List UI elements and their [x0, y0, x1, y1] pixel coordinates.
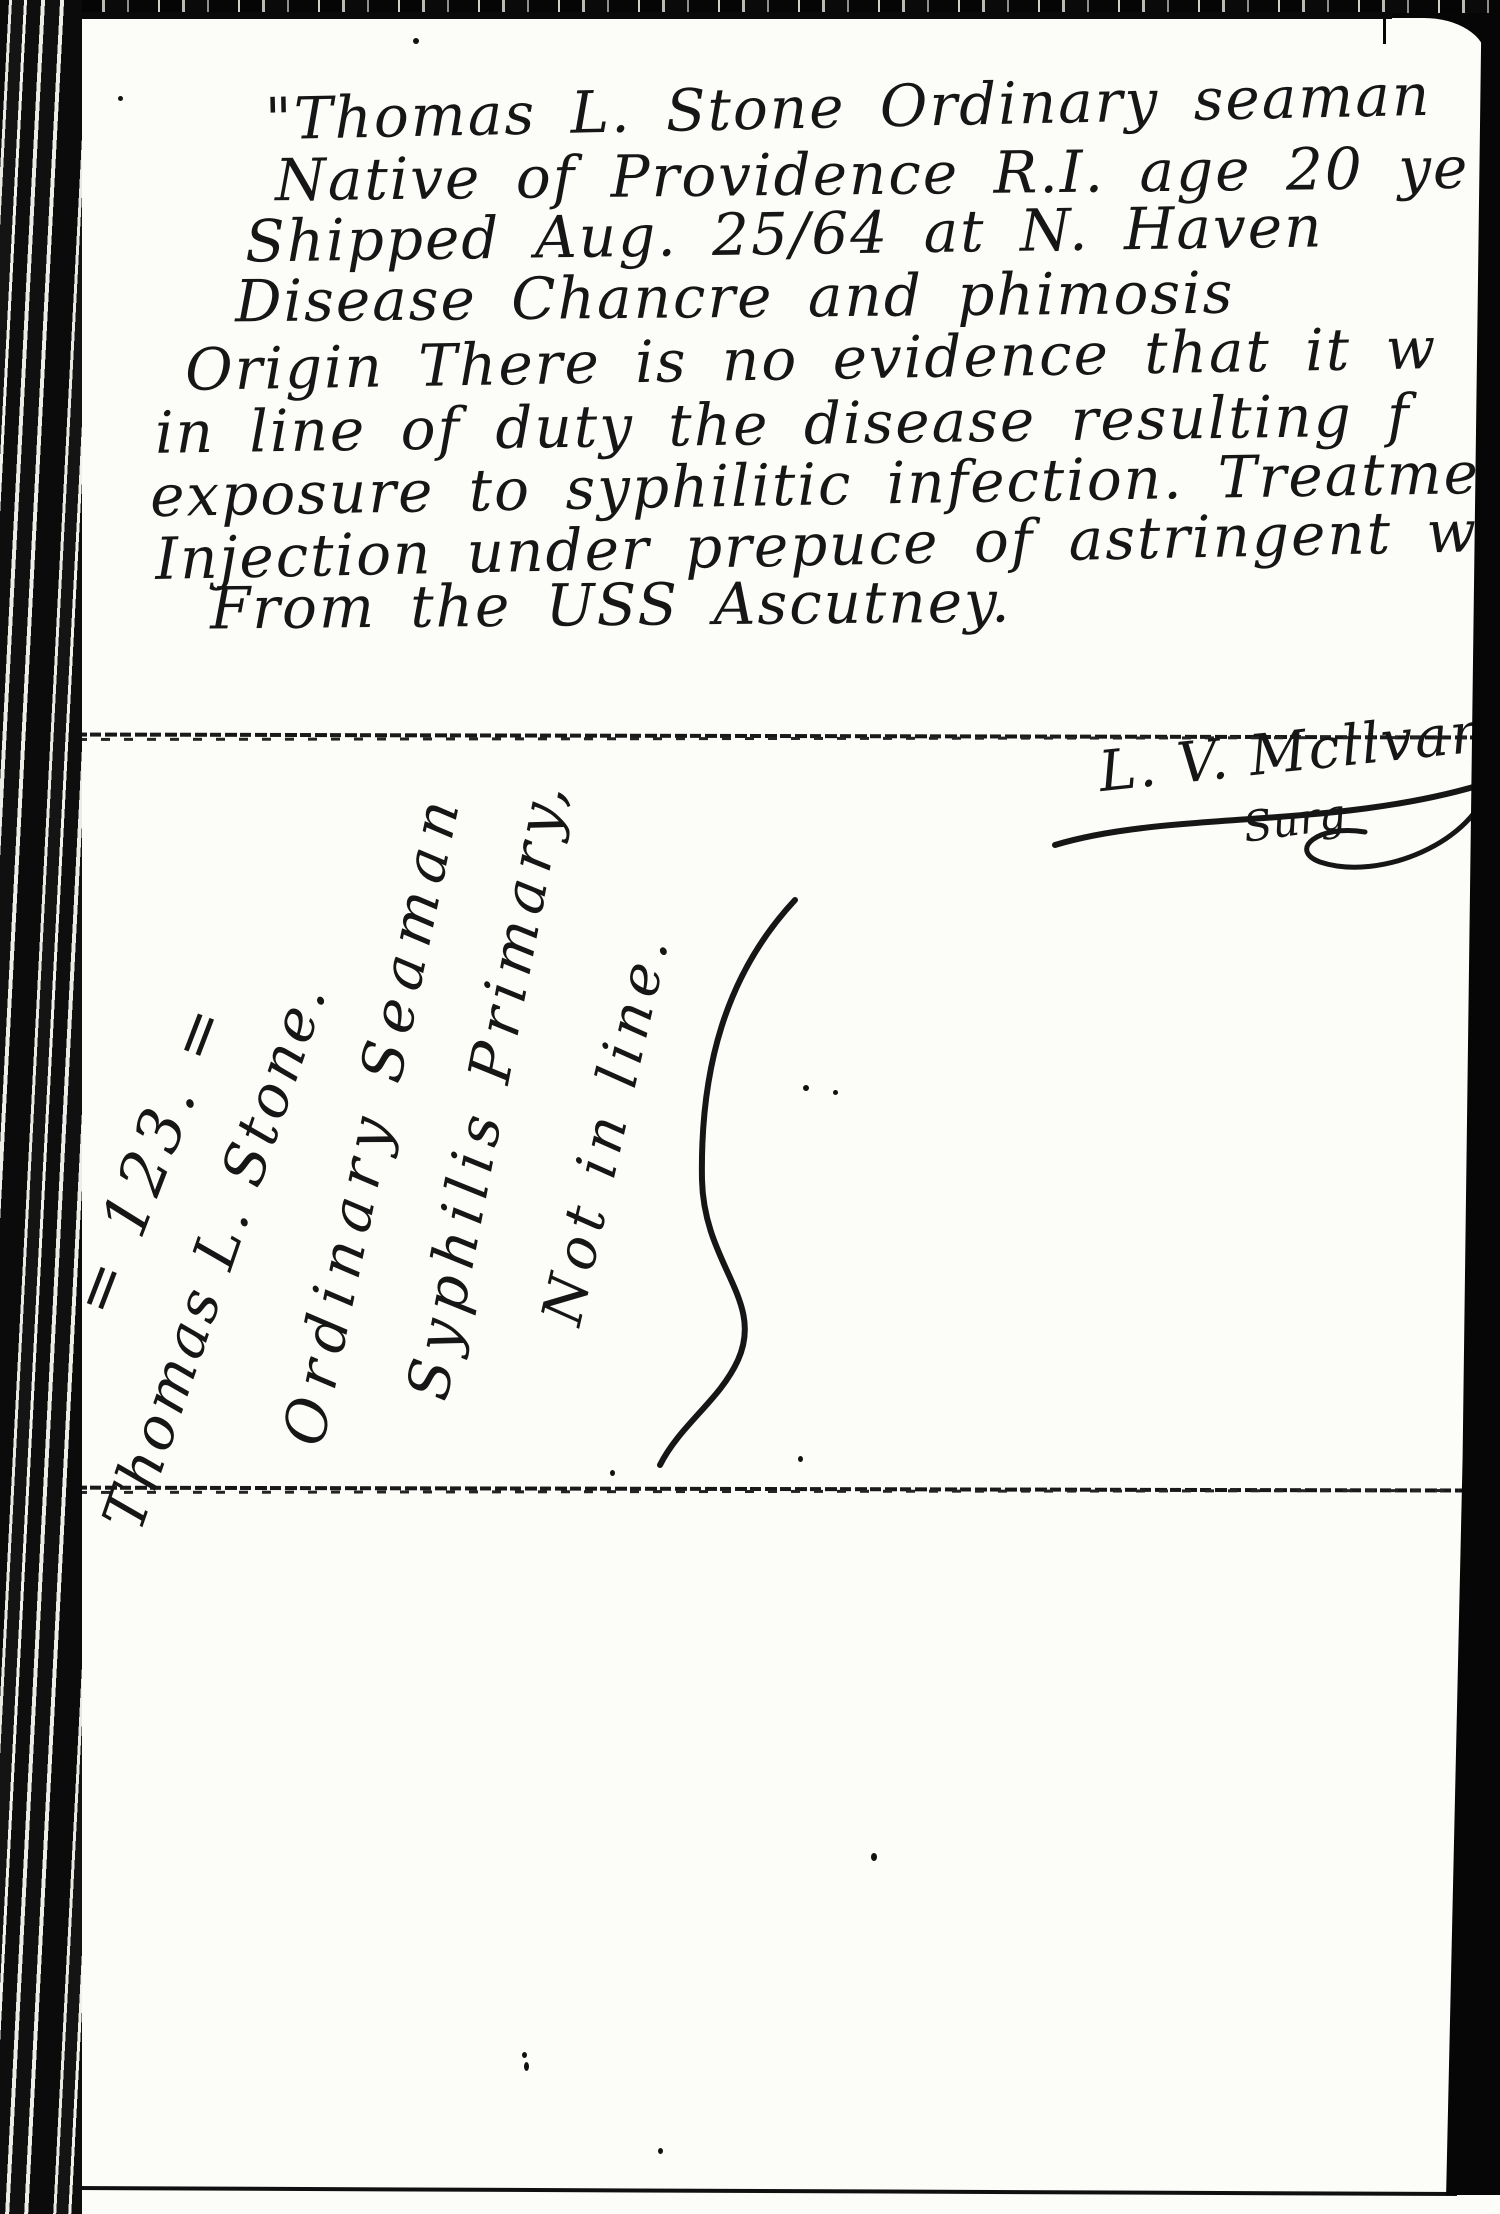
ink-speck: [871, 1853, 877, 1861]
ink-speck: [118, 96, 123, 101]
docket-brace-flourish: [630, 880, 830, 1480]
ink-speck: [413, 38, 419, 44]
ink-speck: [522, 2052, 527, 2058]
ink-speck: [610, 1470, 615, 1476]
record-line-ship: From the USS Ascutney.: [210, 573, 1012, 638]
page-bottom-edge-line: [75, 2186, 1457, 2196]
separator-line-lower: [30, 1486, 1465, 1494]
ink-speck: [833, 1090, 838, 1095]
ink-speck: [803, 1085, 809, 1091]
ink-speck: [658, 2148, 663, 2154]
ink-speck: [524, 2062, 529, 2071]
ink-speck: [798, 1456, 803, 1462]
scan-right-edge: [1445, 26, 1500, 2195]
scan-top-edge-line: [0, 12, 1392, 19]
book-binding-edge: [0, 0, 82, 2214]
document-page: "Thomas L. Stone Ordinary seaman Native …: [0, 0, 1500, 2214]
